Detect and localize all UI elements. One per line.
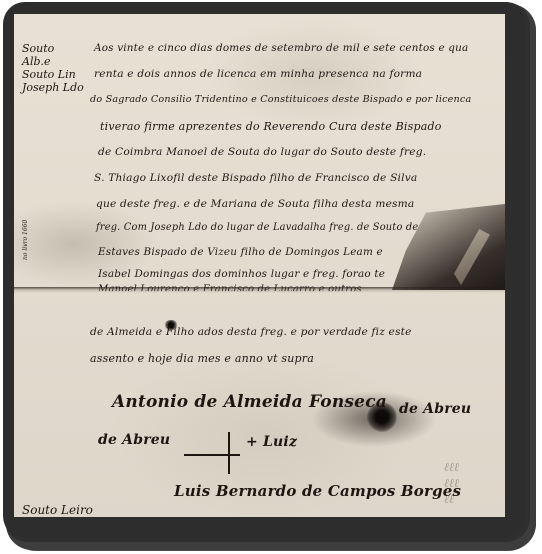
text-line: freg. Com Joseph Ldo do lugar de Lavadal…	[96, 222, 418, 233]
manuscript-page: Souto Alb.e Souto Lin Joseph Ldo no livr…	[14, 14, 505, 517]
margin-note-line: Alb.e	[22, 55, 84, 68]
signature-priest: Antonio de Almeida Fonseca	[112, 392, 387, 412]
cross-mark-icon	[228, 432, 230, 474]
bleed-through-text: ℓℓℓℓℓℓℓℓ	[444, 459, 459, 507]
margin-note-line: Joseph Ldo	[22, 81, 84, 94]
text-line: S. Thiago Lixofil deste Bispado filho de…	[94, 172, 417, 184]
cross-mark-icon	[184, 454, 240, 456]
text-line: renta e dois annos de licenca em minha p…	[94, 68, 422, 80]
text-line: tiverao firme aprezentes do Reverendo Cu…	[100, 120, 442, 133]
text-line: de Almeida e Filho ados desta freg. e po…	[90, 326, 412, 338]
text-line: assento e hoje dia mes e anno vt supra	[90, 352, 314, 365]
signature-witness-bottom: Luis Bernardo de Campos Borges	[174, 482, 461, 500]
margin-note: Souto Alb.e Souto Lin Joseph Ldo	[22, 42, 84, 94]
margin-small-note: no livro 1660	[20, 220, 32, 260]
ink-blot	[164, 320, 178, 330]
margin-note-bottom: Souto Leiro	[22, 504, 93, 516]
signature-cross-label: + Luiz	[246, 434, 297, 450]
text-line: Aos vinte e cinco dias domes de setembro…	[94, 42, 468, 54]
text-line: de Coimbra Manoel de Souta do lugar do S…	[98, 146, 426, 158]
text-line: que deste freg. e de Mariana de Souta fi…	[96, 198, 414, 210]
signature-witness-left: de Abreu	[98, 432, 170, 448]
text-line: Isabel Domingas dos dominhos lugar e fre…	[98, 268, 385, 280]
text-line: do Sagrado Consilio Tridentino e Constit…	[90, 94, 471, 105]
margin-note-line: Souto	[22, 42, 84, 55]
signature-right: de Abreu	[399, 401, 471, 417]
torn-corner	[392, 204, 505, 290]
margin-note-line: Souto Lin	[22, 68, 84, 81]
text-line: Estaves Bispado de Vizeu filho de Doming…	[98, 246, 383, 258]
